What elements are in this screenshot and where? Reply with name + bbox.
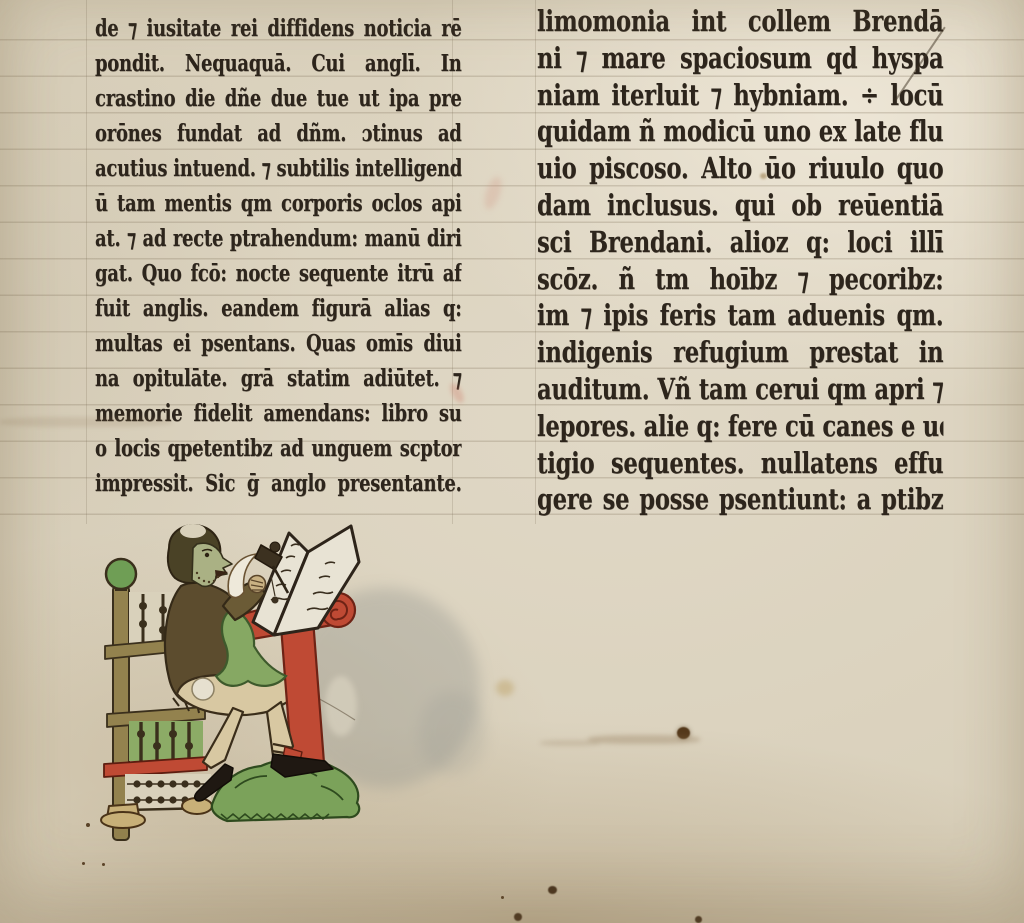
manuscript-text-line: limomonia int collem Brendā bbox=[537, 3, 943, 40]
left-margin-rule bbox=[86, 0, 87, 524]
text-column-right: limomonia int collem Brendāni ⁊ mare spa… bbox=[537, 3, 1024, 518]
manuscript-text-line: multas ei psentans. Quas omīs diui bbox=[95, 326, 462, 361]
manuscript-text-line: sci Brendani. alioz q: loci illī bbox=[537, 224, 943, 261]
text-column-left: de ⁊ iusitate rei diffidens noticia rēpo… bbox=[95, 11, 565, 501]
manuscript-text-line: gat. Quo fcō: nocte sequente itrū af bbox=[95, 256, 462, 291]
manuscript-page: de ⁊ iusitate rei diffidens noticia rēpo… bbox=[0, 0, 1024, 923]
stain-speck bbox=[82, 862, 85, 865]
manuscript-text-line: gere se posse psentiunt: a ptibz bbox=[537, 481, 943, 518]
manuscript-text-line: fuit anglis. eandem figurā alias q: bbox=[95, 291, 462, 326]
manuscript-text-line: uio piscoso. Alto ūo riuulo quo bbox=[537, 150, 943, 187]
tonsure bbox=[180, 524, 206, 538]
stain-speck bbox=[102, 863, 105, 866]
manuscript-text-line: memorie fidelit amendans: libro su bbox=[95, 396, 462, 431]
manuscript-text-line: pondit. Nequaquā. Cui anglī. In bbox=[95, 46, 462, 81]
manuscript-text-line: indigenis refugium prestat in bbox=[537, 334, 943, 371]
manuscript-text-line: crastino die dñe due tue ut ipa pre bbox=[95, 81, 462, 116]
stain-streak bbox=[588, 735, 700, 744]
manuscript-text-line: at. ⁊ ad recte ptrahendum: manū diri bbox=[95, 221, 462, 256]
manuscript-text-line: orōnes fundat ad dñm. ɔtinus ad bbox=[95, 116, 462, 151]
manuscript-text-line: niam iterluit ⁊ hybniam. ÷ locū bbox=[537, 77, 943, 114]
chair-finial-ball bbox=[106, 559, 136, 589]
scribe-illustration bbox=[85, 518, 500, 850]
manuscript-text-line: scōz. ñ tm hoībz ⁊ pecoribz: bbox=[537, 261, 943, 298]
manuscript-text-line: de ⁊ iusitate rei diffidens noticia rē bbox=[95, 11, 462, 46]
text-column-left-lines: de ⁊ iusitate rei diffidens noticia rēpo… bbox=[95, 11, 462, 501]
manuscript-text-line: acutius intuend. ⁊ subtilis intelligend: bbox=[95, 151, 462, 186]
manuscript-text-line: na opitulāte. grā statim adiūtet. ⁊ bbox=[95, 361, 462, 396]
manuscript-text-line: lepores. alie q: fere cū canes e ue bbox=[537, 408, 943, 445]
manuscript-text-line: ū tam mentis qm corporis oclos api bbox=[95, 186, 462, 221]
manuscript-text-line: auditum. Vñ tam cerui qm apri ⁊ bbox=[537, 371, 943, 408]
ink-stain-spot bbox=[677, 727, 690, 739]
manuscript-text-line: dam inclusus. qui ob reūentiā bbox=[537, 187, 943, 224]
text-column-right-lines: limomonia int collem Brendāni ⁊ mare spa… bbox=[537, 3, 943, 518]
stain-speck bbox=[695, 916, 702, 923]
stain-speck bbox=[548, 886, 557, 894]
manuscript-text-line: im ⁊ ipis feris tam aduenis qm. bbox=[537, 297, 943, 334]
manuscript-text-line: o locis qpetentibz ad unguem scptor bbox=[95, 431, 462, 466]
manuscript-text-line: ni ⁊ mare spaciosum qd hyspa bbox=[537, 40, 943, 77]
stain-speck bbox=[501, 896, 504, 899]
scribe-face bbox=[192, 543, 232, 586]
stain-streak bbox=[540, 740, 600, 746]
manuscript-text-line: quidam ñ modicū uno ex late flu bbox=[537, 113, 943, 150]
manuscript-text-line: impressit. Sic ḡ anglo presentante. bbox=[95, 466, 462, 501]
manuscript-text-line: tigio sequentes. nullatens effu bbox=[537, 445, 943, 482]
stain-speck bbox=[514, 913, 522, 921]
